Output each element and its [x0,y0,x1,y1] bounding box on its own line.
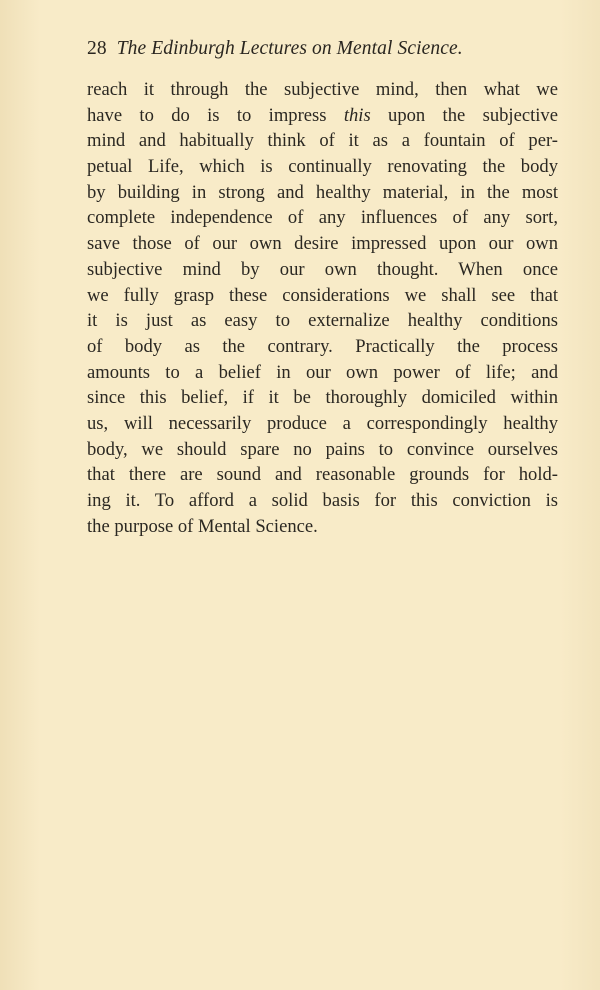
book-page: 28 The Edinburgh Lectures on Mental Scie… [0,0,600,990]
text-line: subjective mind by our own thought. When… [87,257,558,283]
text-segment: have to do is to impress [87,105,327,126]
text-line: by building in strong and healthy materi… [87,180,558,206]
body-paragraph: reach it through the subjective mind, th… [87,77,558,539]
text-line: reach it through the subjective mind, th… [87,77,558,103]
text-line: mind and habitually think of it as a fou… [87,128,558,154]
text-line: we fully grasp these considerations we s… [87,283,558,309]
book-title: The Edinburgh Lectures on Mental Science… [117,38,463,59]
running-head: 28 The Edinburgh Lectures on Mental Scie… [87,38,567,60]
text-line: us, will necessarily produce a correspon… [87,411,558,437]
text-line: body, we should spare no pains to convin… [87,437,558,463]
text-segment: upon the subjective [388,105,558,126]
text-line: it is just as easy to externalize health… [87,308,558,334]
page-number: 28 [87,38,107,59]
text-line: save those of our own desire impressed u… [87,231,558,257]
text-line: ing it. To afford a solid basis for this… [87,488,558,514]
text-line: the purpose of Mental Science. [87,514,558,540]
text-line: since this belief, if it be thoroughly d… [87,385,558,411]
text-line: complete independence of any influences … [87,205,558,231]
text-line: have to do is to impress this upon the s… [87,103,558,129]
text-line: petual Life, which is continually renova… [87,154,558,180]
emphasized-word: this [344,105,371,126]
text-line: that there are sound and reasonable grou… [87,462,558,488]
text-line: amounts to a belief in our own power of … [87,360,558,386]
text-line: of body as the contrary. Practically the… [87,334,558,360]
